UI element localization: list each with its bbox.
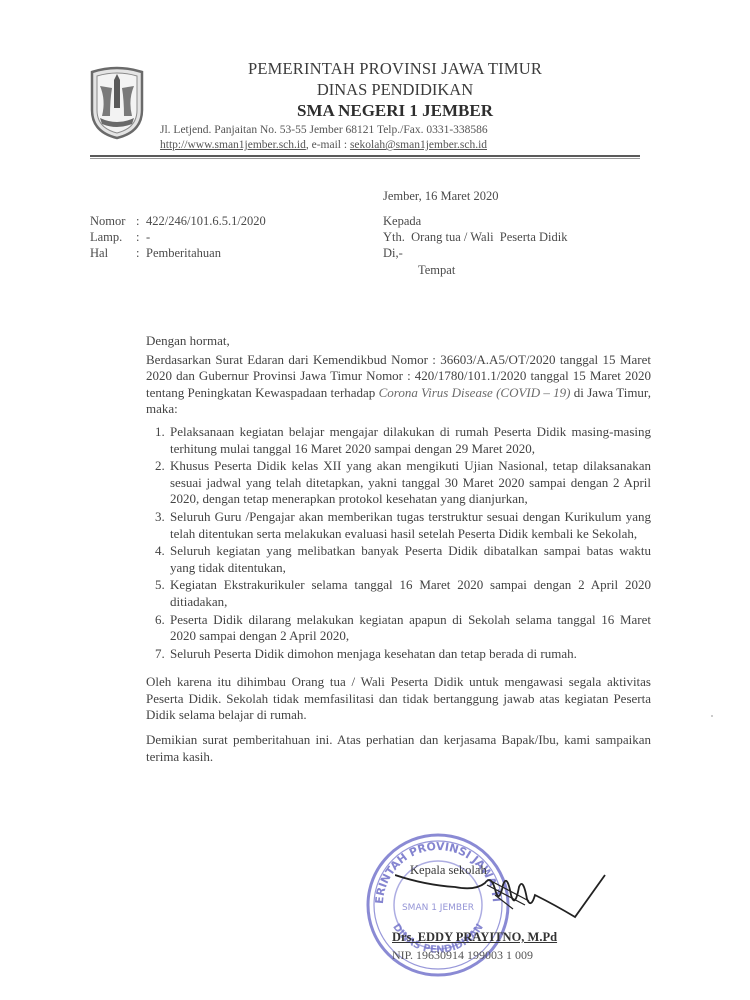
meta-key: Lamp. bbox=[90, 229, 136, 245]
meta-colon: : bbox=[136, 213, 146, 229]
meta-value: 422/246/101.6.5.1/2020 bbox=[146, 213, 266, 229]
school-address: Jl. Letjend. Panjaitan No. 53-55 Jember … bbox=[150, 122, 640, 138]
provincial-logo bbox=[88, 66, 146, 140]
list-item: Khusus Peserta Didik kelas XII yang akan… bbox=[168, 458, 651, 508]
handwritten-signature bbox=[395, 865, 625, 935]
school-name: SMA NEGERI 1 JEMBER bbox=[150, 100, 640, 122]
meta-colon: : bbox=[136, 229, 146, 245]
signatory-name: Drs. EDDY PRAYITNO, M.Pd bbox=[392, 930, 557, 945]
letter-meta: Nomor : 422/246/101.6.5.1/2020 Lamp. : -… bbox=[90, 213, 266, 261]
closing-paragraph: Demikian surat pemberitahuan ini. Atas p… bbox=[146, 732, 651, 765]
email-label: , e-mail : bbox=[306, 139, 350, 151]
government-name: PEMERINTAH PROVINSI JAWA TIMUR bbox=[150, 58, 640, 79]
letterhead: PEMERINTAH PROVINSI JAWA TIMUR DINAS PEN… bbox=[150, 58, 640, 153]
meta-row-hal: Hal : Pemberitahuan bbox=[90, 245, 266, 261]
recipient-block: Kepada Yth. Orang tua / Wali Peserta Did… bbox=[383, 213, 568, 278]
meta-value: Pemberitahuan bbox=[146, 245, 266, 261]
list-item: Kegiatan Ekstrakurikuler selama tanggal … bbox=[168, 577, 651, 610]
signature-scribble-icon bbox=[395, 865, 625, 935]
meta-row-lamp: Lamp. : - bbox=[90, 229, 266, 245]
contact-line: http://www.sman1jember.sch.id, e-mail : … bbox=[150, 138, 640, 153]
recipient-at: Di,- bbox=[383, 245, 568, 261]
intro-paragraph: Berdasarkan Surat Edaran dari Kemendikbu… bbox=[146, 352, 651, 418]
greeting: Dengan hormat, bbox=[146, 333, 651, 350]
letterhead-divider bbox=[90, 155, 640, 157]
recipient-place: Tempat bbox=[383, 262, 568, 278]
email-link[interactable]: sekolah@sman1jember.sch.id bbox=[350, 139, 487, 151]
letter-body: Dengan hormat, Berdasarkan Surat Edaran … bbox=[146, 333, 651, 765]
meta-key: Nomor bbox=[90, 213, 136, 229]
recipient-to: Kepada bbox=[383, 213, 568, 229]
intro-italic-text: Corona Virus Disease (COVID – 19) bbox=[379, 385, 571, 400]
appeal-paragraph: Oleh karena itu dihimbau Orang tua / Wal… bbox=[146, 674, 651, 724]
signatory-nip: NIP. 19630914 199003 1 009 bbox=[392, 948, 533, 963]
meta-value: - bbox=[146, 229, 266, 245]
letterhead-divider-thin bbox=[90, 158, 640, 159]
list-item: Pelaksanaan kegiatan belajar mengajar di… bbox=[168, 424, 651, 457]
list-item: Seluruh Peserta Didik dimohon menjaga ke… bbox=[168, 646, 651, 663]
list-item: Seluruh kegiatan yang melibatkan banyak … bbox=[168, 543, 651, 576]
list-item: Peserta Didik dilarang melakukan kegiata… bbox=[168, 612, 651, 645]
letter-date: Jember, 16 Maret 2020 bbox=[383, 188, 498, 205]
department-name: DINAS PENDIDIKAN bbox=[150, 79, 640, 100]
recipient-name: Yth. Orang tua / Wali Peserta Didik bbox=[383, 229, 568, 245]
scan-speck bbox=[711, 715, 713, 717]
meta-colon: : bbox=[136, 245, 146, 261]
list-item: Seluruh Guru /Pengajar akan memberikan t… bbox=[168, 509, 651, 542]
jawa-timur-emblem-icon bbox=[88, 66, 146, 140]
directives-list: Pelaksanaan kegiatan belajar mengajar di… bbox=[146, 424, 651, 662]
website-link[interactable]: http://www.sman1jember.sch.id bbox=[160, 139, 306, 151]
meta-row-nomor: Nomor : 422/246/101.6.5.1/2020 bbox=[90, 213, 266, 229]
meta-key: Hal bbox=[90, 245, 136, 261]
